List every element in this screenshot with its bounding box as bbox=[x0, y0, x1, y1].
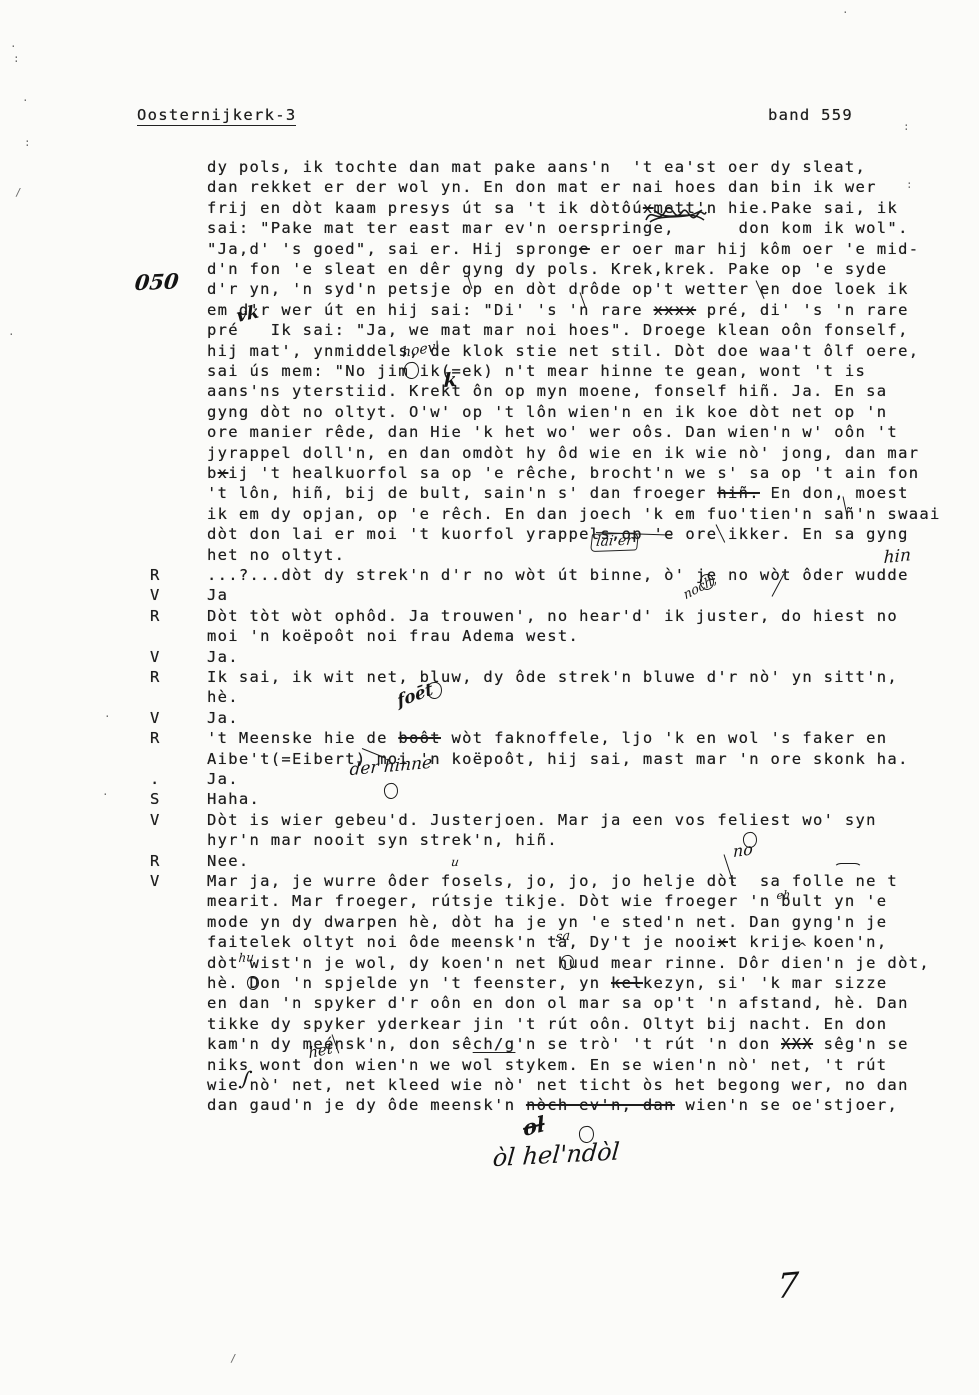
typed-text: wie nò' net, net kleed wie nò' net ticht… bbox=[207, 1076, 909, 1094]
speaker-label: R bbox=[150, 729, 161, 747]
scan-speck: : bbox=[903, 120, 910, 133]
speaker-label: V bbox=[150, 586, 161, 604]
typed-line: R...?...dòt dy strek'n d'r no wòt út bin… bbox=[207, 566, 909, 586]
typed-line: em d'r wer út en hij sai: "Di' 's 'n rar… bbox=[207, 301, 909, 321]
typed-line: faitelek oltyt noi ôde meensk'n ta, Dy't… bbox=[207, 933, 887, 953]
scan-speck: · bbox=[22, 94, 29, 107]
handwritten-scribble bbox=[644, 202, 708, 234]
typed-line: bxij 't healkuorfol sa op 'e rêche, broc… bbox=[207, 464, 919, 484]
handwritten-annotation: hin bbox=[883, 547, 911, 567]
typed-line: RNee. bbox=[207, 852, 250, 872]
typed-text: dòt don lai er moi 't kuorfol yrappels,o… bbox=[207, 525, 909, 543]
typed-line: ore manier rêde, dan Hie 'k het wo' wer … bbox=[207, 423, 898, 443]
typed-line: SHaha. bbox=[207, 790, 260, 810]
scan-speck: : bbox=[24, 136, 31, 149]
speaker-label: V bbox=[150, 709, 161, 727]
typed-text: Ik sai, ik wit net, bluw, dy ôde strek'n… bbox=[207, 668, 898, 686]
typed-text: Nee. bbox=[207, 852, 250, 870]
scan-speck: · bbox=[104, 710, 111, 723]
typed-line: Aibe't(=Eibert) moi 'n koëpoôt, hij sai,… bbox=[207, 750, 909, 770]
typed-text: moi 'n koëpoôt noi frau Adema west. bbox=[207, 627, 579, 645]
typed-line: sai: "Pake mat ter east mar ev'n oerspri… bbox=[207, 219, 909, 239]
typed-line: hyr'n mar nooit syn strek'n, hiñ. bbox=[207, 831, 558, 851]
typed-text: sai: "Pake mat ter east mar ev'n oerspri… bbox=[207, 219, 909, 237]
typed-line: moi 'n koëpoôt noi frau Adema west. bbox=[207, 627, 579, 647]
scan-speck: / bbox=[230, 1352, 237, 1365]
typed-text: Mar ja, je wurre ôder fosels, jo, jo, jo… bbox=[207, 872, 898, 890]
typed-text: ik em dy opjan, op 'e rêch. En dan joech… bbox=[207, 505, 941, 523]
handwritten-annotation: lai er bbox=[590, 532, 639, 552]
handwritten-annotation: òl hel'ndòl bbox=[492, 1139, 621, 1170]
scan-speck: · bbox=[8, 328, 15, 341]
typed-line: RIk sai, ik wit net, bluw, dy ôde strek'… bbox=[207, 668, 898, 688]
scan-speck: / bbox=[15, 186, 22, 199]
typed-line: en dan 'n spyker d'r oôn en don ol mar s… bbox=[207, 994, 909, 1014]
typed-text: aans'ns yterstiid. Krekt ôn op myn moene… bbox=[207, 382, 887, 400]
typed-text: Ja. bbox=[207, 770, 239, 788]
typed-line: hè. bbox=[207, 688, 239, 708]
typed-line: hè. Don 'n spjelde yn 't feenster, yn ke… bbox=[207, 974, 887, 994]
typed-text: faitelek oltyt noi ôde meensk'n ta, Dy't… bbox=[207, 933, 887, 951]
scanned-transcript-page: Oosternijkerk-3 band 559 dy pols, ik toc… bbox=[0, 0, 979, 1395]
typed-text: sai ús mem: "No jim ik(=ek) n't mear hin… bbox=[207, 362, 866, 380]
typed-line: 't lôn, hiñ, bij de bult, sain'n s' dan … bbox=[207, 484, 909, 504]
speaker-label: V bbox=[150, 811, 161, 829]
typed-line: hij mat', ynmiddels, de klok stie net st… bbox=[207, 342, 919, 362]
handwritten-annotation: ol bbox=[522, 1113, 546, 1139]
typed-line: VJa. bbox=[207, 709, 239, 729]
typed-text: mode yn dy dwarpen hè, dòt ha je yn 'e s… bbox=[207, 913, 887, 931]
typed-text: hè. bbox=[207, 688, 239, 706]
typed-text: dan rekket er der wol yn. En don mat er … bbox=[207, 178, 877, 196]
speaker-label: S bbox=[150, 790, 161, 808]
typed-text: Ja bbox=[207, 586, 228, 604]
typed-line: d'n fon 'e sleat en dêr gyng dy pols. Kr… bbox=[207, 260, 887, 280]
scan-speck: : bbox=[13, 52, 20, 65]
typed-line: R't Meenske hie de boôt wòt faknoffele, … bbox=[207, 729, 887, 749]
speaker-label: V bbox=[150, 872, 161, 890]
typed-text: d'n fon 'e sleat en dêr gyng dy pols. Kr… bbox=[207, 260, 887, 278]
typed-line: pré Ik sai: "Ja, we mat mar noi hoes". D… bbox=[207, 321, 909, 341]
typed-line: dy pols, ik tochte dan mat pake aans'n '… bbox=[207, 158, 866, 178]
speaker-label: R bbox=[150, 852, 161, 870]
handwritten-annotation bbox=[834, 863, 862, 874]
handwritten-annotation: k bbox=[443, 371, 457, 392]
typed-line: ik em dy opjan, op 'e rêch. En dan joech… bbox=[207, 505, 941, 525]
speaker-label: . bbox=[150, 770, 161, 788]
typed-line: VMar ja, je wurre ôder fosels, jo, jo, j… bbox=[207, 872, 898, 892]
speaker-label: R bbox=[150, 668, 161, 686]
typed-text: frij en dòt kaam presys út sa 't ik dòtô… bbox=[207, 199, 898, 217]
typed-text: het no oltyt. bbox=[207, 546, 345, 564]
typed-text: dy pols, ik tochte dan mat pake aans'n '… bbox=[207, 158, 866, 176]
typed-text: ...?...dòt dy strek'n d'r no wòt út binn… bbox=[207, 566, 909, 584]
typed-text: Dòt tòt wòt ophôd. Ja trouwen', no hear'… bbox=[207, 607, 898, 625]
typed-text: dan gaud'n je dy ôde meensk'n nòch ev'n,… bbox=[207, 1096, 898, 1114]
typed-line: dan gaud'n je dy ôde meensk'n nòch ev'n,… bbox=[207, 1096, 898, 1116]
typed-text: tikke dy spyker yderkear jin 't rút oôn.… bbox=[207, 1015, 887, 1033]
handwritten-annotation: 050 bbox=[134, 270, 180, 293]
handwritten-annotation: ^ bbox=[795, 942, 808, 955]
typed-line: aans'ns yterstiid. Krekt ôn op myn moene… bbox=[207, 382, 887, 402]
typed-line: "Ja,d' 's goed", sai er. Hij spronge er … bbox=[207, 240, 919, 260]
handwritten-annotation: 7 bbox=[776, 1268, 799, 1304]
typed-text: hij mat', ynmiddels, de klok stie net st… bbox=[207, 342, 919, 360]
typed-line: tikke dy spyker yderkear jin 't rút oôn.… bbox=[207, 1015, 887, 1035]
typed-line: dan rekket er der wol yn. En don mat er … bbox=[207, 178, 877, 198]
speaker-label: R bbox=[150, 607, 161, 625]
typed-text: Aibe't(=Eibert) moi 'n koëpoôt, hij sai,… bbox=[207, 750, 909, 768]
band-label: band 559 bbox=[768, 106, 853, 124]
typed-line: d'r yn, 'n syd'n petsje op en dòt drôde … bbox=[207, 280, 909, 300]
typed-text: hè. Don 'n spjelde yn 't feenster, yn ke… bbox=[207, 974, 887, 992]
typed-line: VJa bbox=[207, 586, 228, 606]
scan-speck: : bbox=[906, 178, 913, 191]
speaker-label: R bbox=[150, 566, 161, 584]
typed-text: pré Ik sai: "Ja, we mat mar noi hoes". D… bbox=[207, 321, 909, 339]
speaker-label: V bbox=[150, 648, 161, 666]
typed-text: em d'r wer út en hij sai: "Di' 's 'n rar… bbox=[207, 301, 909, 319]
typed-text: 't lôn, hiñ, bij de bult, sain'n s' dan … bbox=[207, 484, 909, 502]
typed-line: frij en dòt kaam presys út sa 't ik dòtô… bbox=[207, 199, 898, 219]
scan-speck: · bbox=[102, 788, 109, 801]
typed-text: 't Meenske hie de boôt wòt faknoffele, l… bbox=[207, 729, 887, 747]
typed-line: dòt don lai er moi 't kuorfol yrappels,o… bbox=[207, 525, 909, 545]
typed-line: mode yn dy dwarpen hè, dòt ha je yn 'e s… bbox=[207, 913, 887, 933]
handwritten-annotation: hu bbox=[238, 951, 254, 964]
typed-text: "Ja,d' 's goed", sai er. Hij spronge er … bbox=[207, 240, 919, 258]
handwritten-annotation: vk bbox=[236, 303, 260, 326]
typed-text: d'r yn, 'n syd'n petsje op en dòt drôde … bbox=[207, 280, 909, 298]
page-title: Oosternijkerk-3 bbox=[137, 106, 296, 126]
typed-body: dy pols, ik tochte dan mat pake aans'n '… bbox=[207, 158, 979, 1158]
typed-line: gyng dòt no oltyt. O'w' op 't lôn wien'n… bbox=[207, 403, 887, 423]
handwritten-annotation: eh bbox=[776, 889, 790, 901]
typed-line: .Ja. bbox=[207, 770, 239, 790]
typed-line: het no oltyt. bbox=[207, 546, 345, 566]
typed-line: wie nò' net, net kleed wie nò' net ticht… bbox=[207, 1076, 909, 1096]
typed-text: Dòt is wier gebeu'd. Justerjoen. Mar ja … bbox=[207, 811, 877, 829]
typed-line: jyrappel doll'n, en dan omdòt hy ôd wie … bbox=[207, 444, 919, 464]
typed-text: jyrappel doll'n, en dan omdòt hy ôd wie … bbox=[207, 444, 919, 462]
typed-text: Ja. bbox=[207, 709, 239, 727]
typed-text: en dan 'n spyker d'r oôn en don ol mar s… bbox=[207, 994, 909, 1012]
typed-text: gyng dòt no oltyt. O'w' op 't lôn wien'n… bbox=[207, 403, 887, 421]
typed-text: bxij 't healkuorfol sa op 'e rêche, broc… bbox=[207, 464, 919, 482]
typed-text: Ja. bbox=[207, 648, 239, 666]
typed-text: hyr'n mar nooit syn strek'n, hiñ. bbox=[207, 831, 558, 849]
scan-speck: · bbox=[842, 6, 849, 19]
typed-line: VDòt is wier gebeu'd. Justerjoen. Mar ja… bbox=[207, 811, 877, 831]
typed-line: VJa. bbox=[207, 648, 239, 668]
typed-line: RDòt tòt wòt ophôd. Ja trouwen', no hear… bbox=[207, 607, 898, 627]
handwritten-annotation: sa bbox=[556, 929, 571, 944]
typed-text: Haha. bbox=[207, 790, 260, 808]
typed-text: ore manier rêde, dan Hie 'k het wo' wer … bbox=[207, 423, 898, 441]
typed-line: sai ús mem: "No jim ik(=ek) n't mear hin… bbox=[207, 362, 866, 382]
